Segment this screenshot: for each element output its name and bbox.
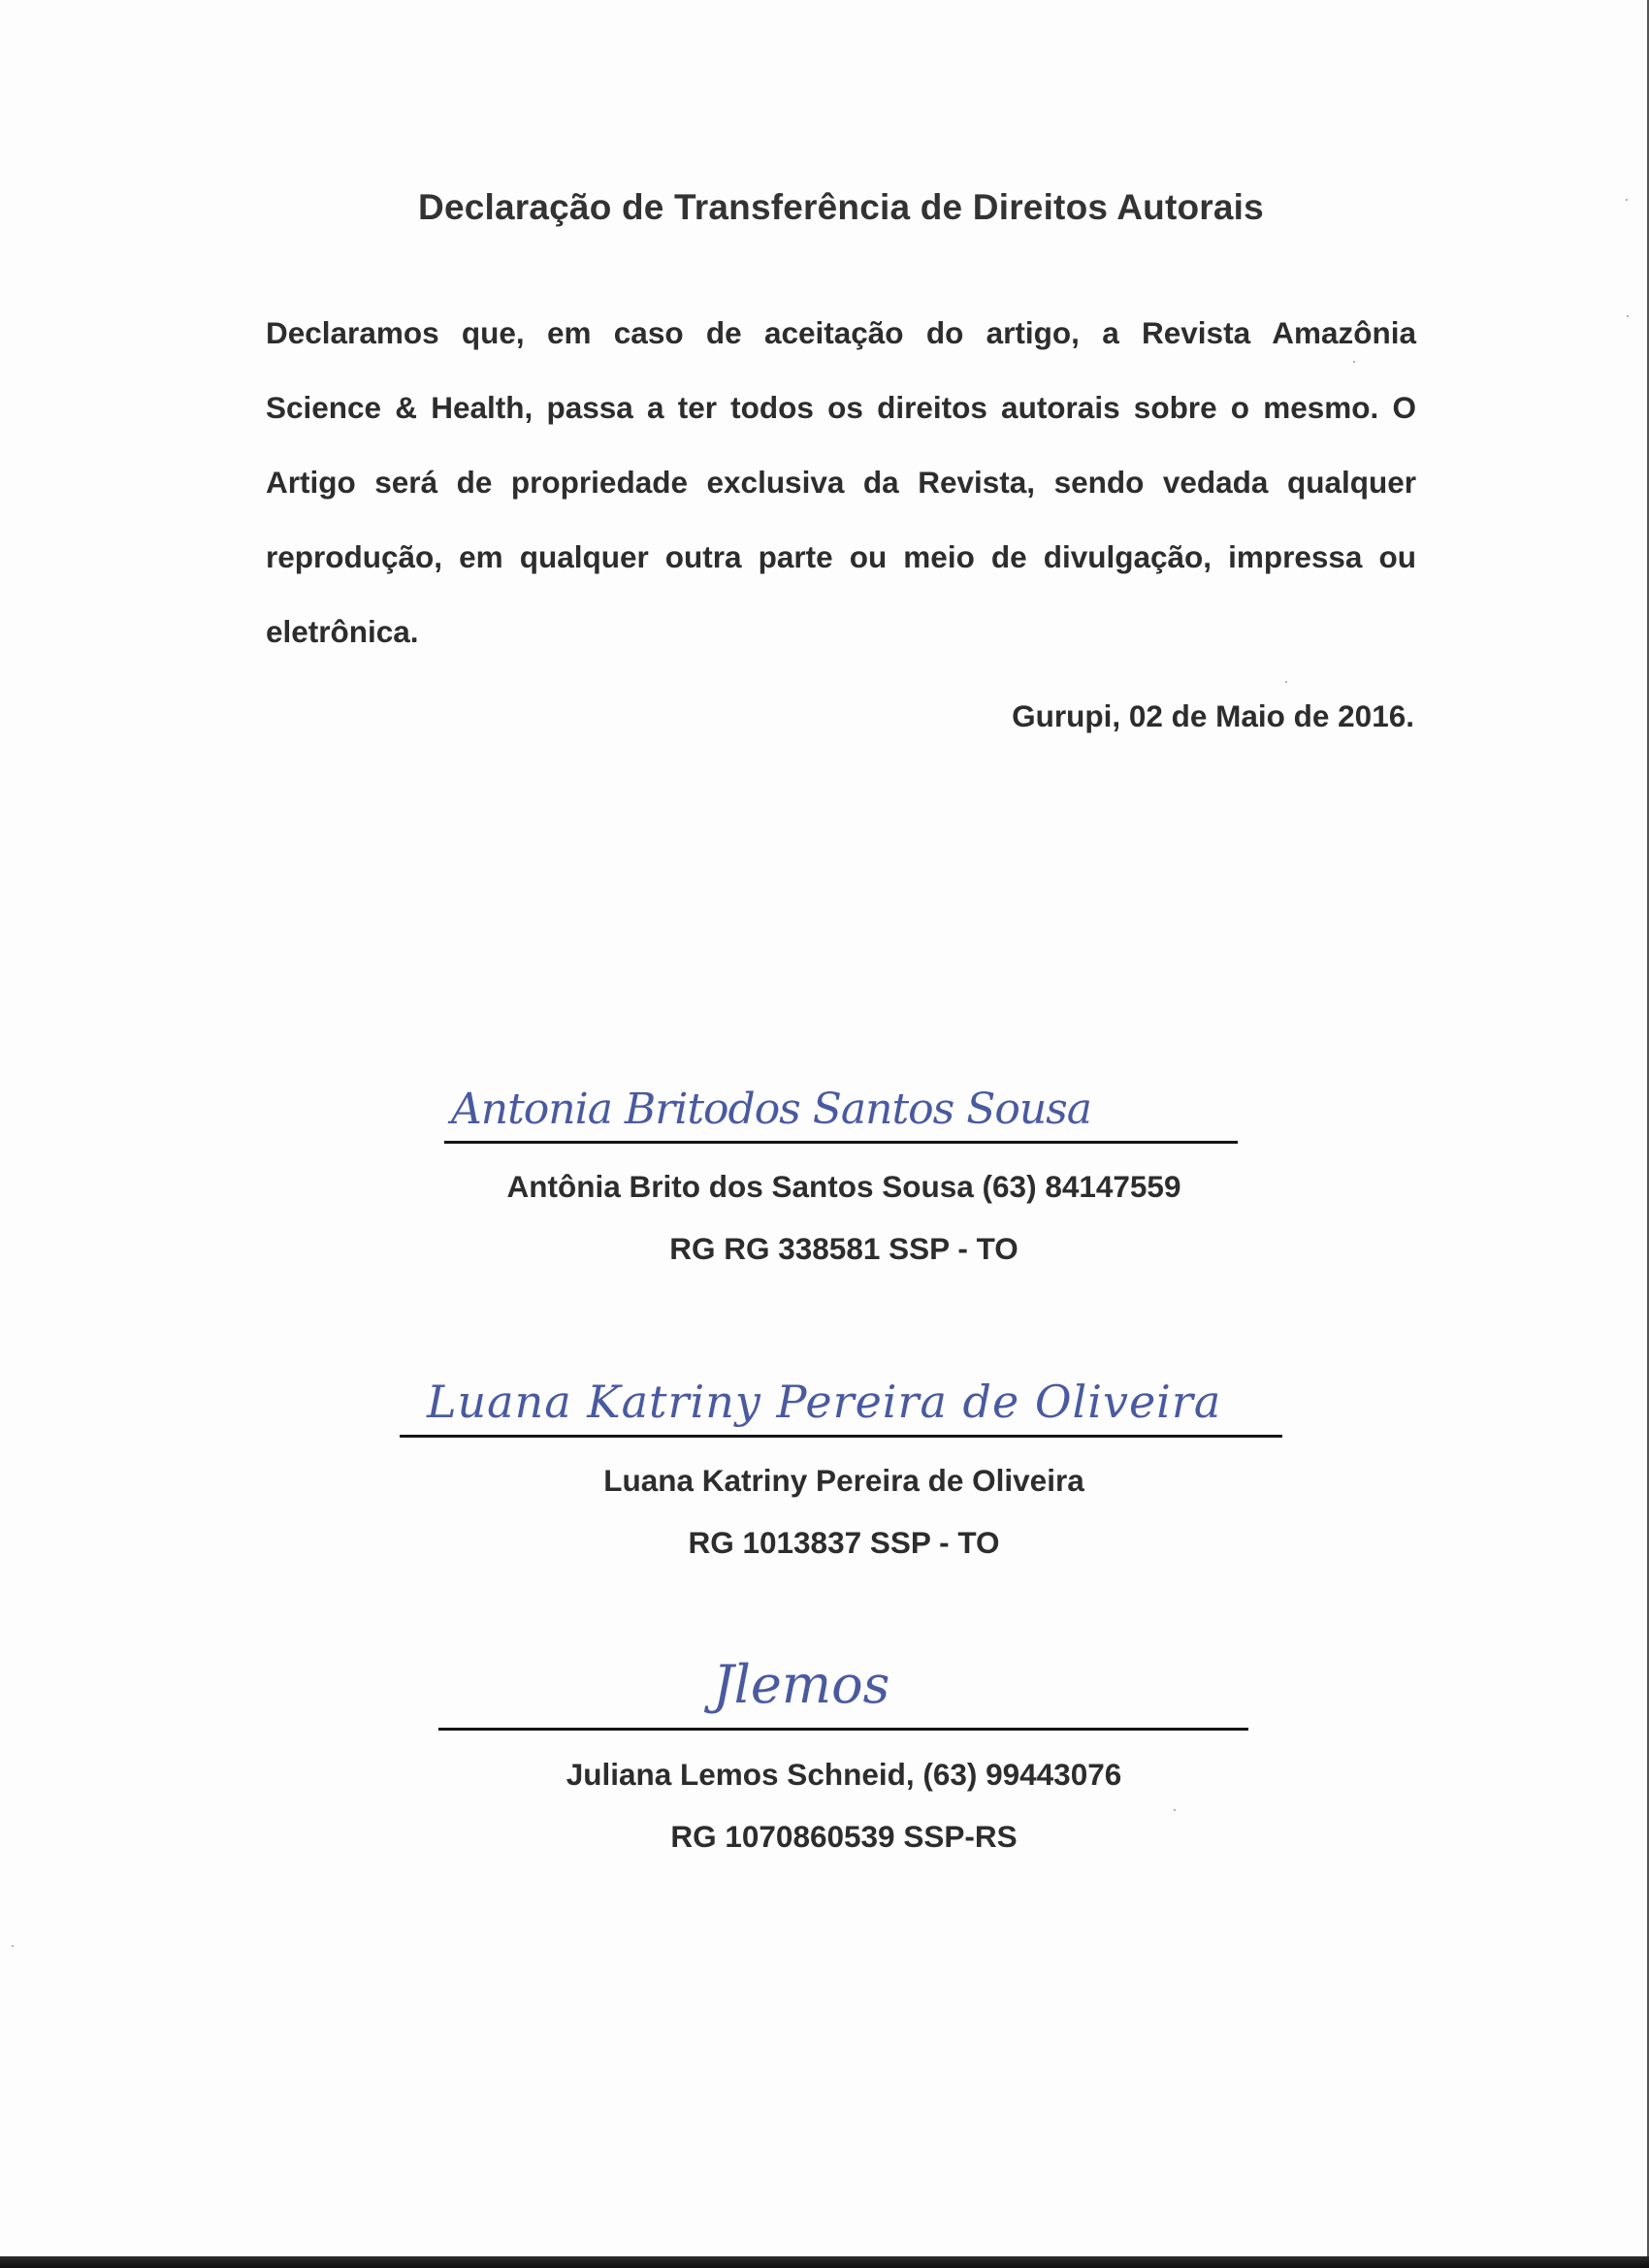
paragraph-line: Artigo será de propriedade exclusiva da …	[266, 445, 1416, 520]
scan-speck	[1285, 681, 1287, 683]
signatory-rg: RG RG 338581 SSP - TO	[0, 1231, 1649, 1267]
paragraph-line: eletrônica.	[266, 595, 1416, 669]
scan-edge-bottom	[0, 2256, 1649, 2268]
place-and-date: Gurupi, 02 de Maio de 2016.	[1012, 698, 1414, 734]
signatory-name: Juliana Lemos Schneid, (63) 99443076	[0, 1757, 1649, 1793]
handwritten-signature: Antonia Britodos Santos Sousa	[451, 1085, 1091, 1134]
scanned-document-page: Declaração de Transferência de Direitos …	[0, 0, 1649, 2268]
signatory-rg: RG 1070860539 SSP-RS	[0, 1819, 1649, 1855]
signature-line	[438, 1728, 1248, 1731]
handwritten-signature: Luana Katriny Pereira de Oliveira	[427, 1376, 1221, 1428]
scan-speck	[1626, 199, 1628, 201]
declaration-paragraph: Declaramos que, em caso de aceitação do …	[266, 296, 1416, 669]
signature-line	[400, 1435, 1282, 1438]
document-title: Declaração de Transferência de Direitos …	[0, 187, 1649, 228]
scan-speck	[1627, 315, 1629, 317]
scan-speck	[1353, 361, 1355, 363]
paragraph-line: reprodução, em qualquer outra parte ou m…	[266, 520, 1416, 595]
scan-speck	[12, 1945, 14, 1947]
scan-speck	[1174, 1809, 1176, 1811]
signatory-name: Antônia Brito dos Santos Sousa (63) 8414…	[0, 1169, 1649, 1205]
paragraph-line: Science & Health, passa a ter todos os d…	[266, 371, 1416, 445]
handwritten-signature: Jlemos	[713, 1654, 889, 1715]
paragraph-line: Declaramos que, em caso de aceitação do …	[266, 296, 1416, 371]
signature-line	[444, 1141, 1238, 1144]
signatory-rg: RG 1013837 SSP - TO	[0, 1525, 1649, 1561]
signatory-name: Luana Katriny Pereira de Oliveira	[0, 1463, 1649, 1499]
